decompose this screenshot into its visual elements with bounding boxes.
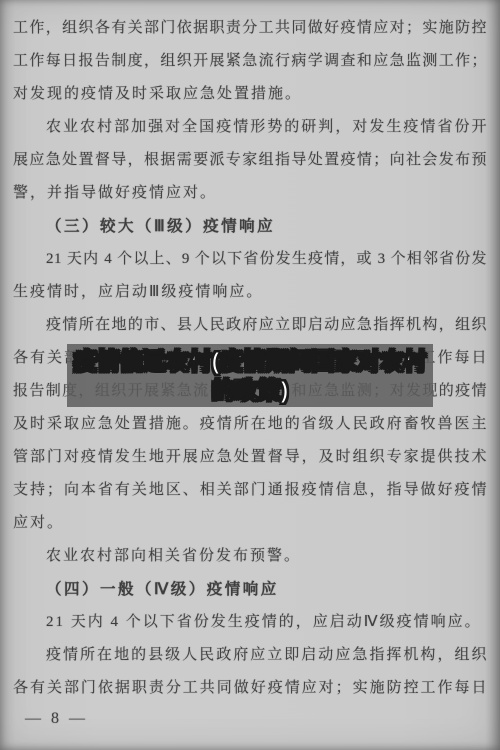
document-line: 及时采取应急处置措施。疫情所在地的省级人民政府畜牧兽医主 <box>13 408 487 441</box>
document-line: 疫情所在地的县级人民政府应立即启动应急指挥机构，组织 <box>13 639 487 672</box>
document-line: 对发现的疫情及时采取应急处置措施。 <box>13 78 487 111</box>
page-number: — 8 — <box>25 710 88 728</box>
document-line: 21 天内 4 个以上、9 个以下省份发生疫情，或 3 个相邻省份发 <box>13 243 487 276</box>
section-heading-level-4: （四）一般（Ⅳ级）疫情响应 <box>13 573 487 606</box>
section-heading-level-3: （三）较大（Ⅲ级）疫情响应 <box>13 210 487 243</box>
document-page: 工作，组织各有关部门依据职责分工共同做好疫情应对；实施防控 工作每日报告制度，组… <box>0 0 500 750</box>
document-line: 警，并指导做好疫情应对。 <box>13 177 487 210</box>
document-line: 生疫情时，应启动Ⅲ级疫情响应。 <box>13 276 487 309</box>
document-line: 管部门对疫情发生地开展应急处置督导，及时组织专家提供技术 <box>13 441 487 474</box>
title-overlay: 疫情偏远农村(疫情期间国家对农村的政策) <box>67 344 433 407</box>
document-line: 疫情所在地的市、县人民政府应立即启动应急指挥机构，组织 <box>13 309 487 342</box>
document-line: 工作，组织各有关部门依据职责分工共同做好疫情应对；实施防控 <box>13 12 487 45</box>
document-line: 支持；向本省有关地区、相关部门通报疫情信息，指导做好疫情 <box>13 474 487 507</box>
document-line: 展应急处置督导，根据需要派专家组指导处置疫情；向社会发布预 <box>13 144 487 177</box>
document-line: 农业农村部加强对全国疫情形势的研判，对发生疫情省份开 <box>13 111 487 144</box>
document-line: 应对。 <box>13 507 487 540</box>
overlay-title-text: 疫情偏远农村(疫情期间国家对农村的政策) <box>67 347 433 405</box>
document-line: 农业农村部向相关省份发布预警。 <box>13 540 487 573</box>
document-line: 工作每日报告制度，组织开展紧急流行病学调查和应急监测工作； <box>13 45 487 78</box>
document-line: 21 天内 4 个以下省份发生疫情的，应启动Ⅳ级疫情响应。 <box>13 606 487 639</box>
document-line: 各有关部门依据职责分工共同做好疫情应对；实施防控工作每日 <box>13 672 487 705</box>
